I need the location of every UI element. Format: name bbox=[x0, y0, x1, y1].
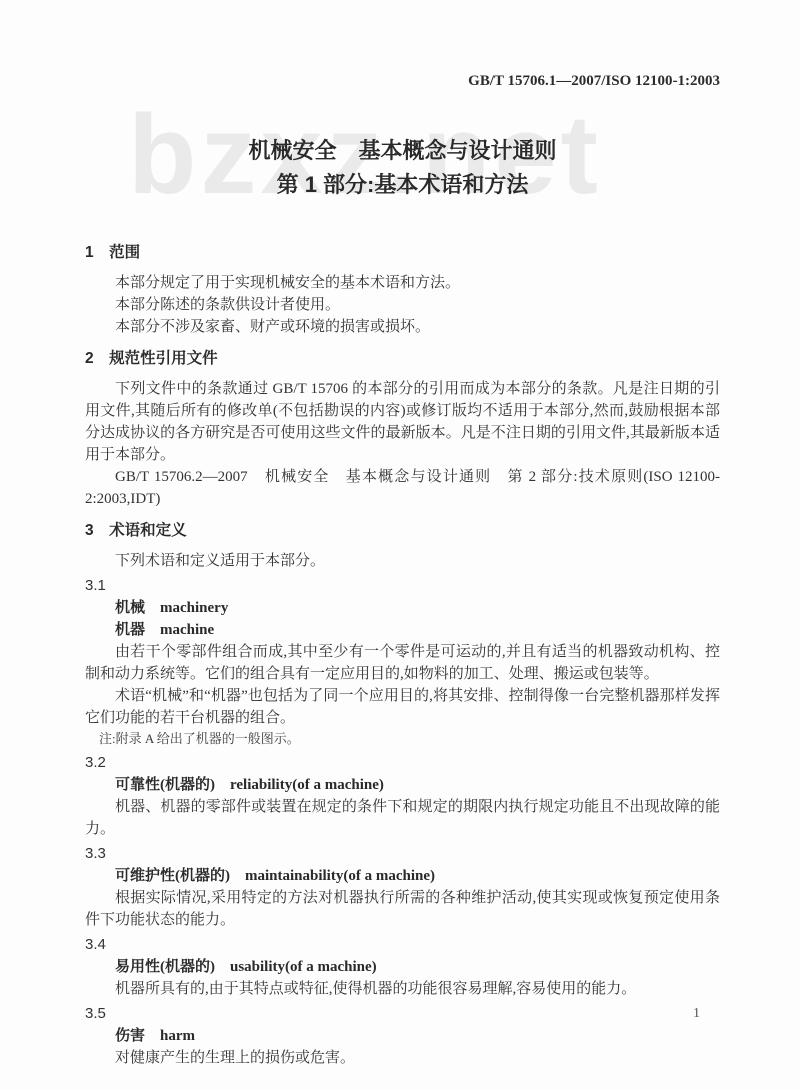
term-name: 伤害 harm bbox=[115, 1025, 720, 1047]
clause-number: 3.2 bbox=[85, 752, 720, 774]
clause-number: 3.4 bbox=[85, 934, 720, 956]
section-3-intro: 下列术语和定义适用于本部分。 bbox=[85, 550, 720, 572]
document-title-line1: 机械安全 基本概念与设计通则 bbox=[85, 134, 720, 168]
section-1-paragraph: 本部分陈述的条款供设计者使用。 bbox=[85, 294, 720, 316]
clause-number: 3.5 bbox=[85, 1003, 720, 1025]
term-name: 机械 machinery bbox=[115, 597, 720, 619]
document-page: bzxz.net GB/T 15706.1—2007/ISO 12100-1:2… bbox=[0, 0, 800, 1090]
page-number: 1 bbox=[693, 1006, 700, 1022]
term-definition: 根据实际情况,采用特定的方法对机器执行所需的各种维护活动,使其实现或恢复预定使用… bbox=[85, 887, 720, 931]
clause-number: 3.1 bbox=[85, 575, 720, 597]
section-1-heading: 1 范围 bbox=[85, 242, 720, 264]
section-2-reference: GB/T 15706.2—2007 机械安全 基本概念与设计通则 第 2 部分:… bbox=[85, 466, 720, 510]
term-name: 机器 machine bbox=[115, 619, 720, 641]
document-title-line2: 第 1 部分:基本术语和方法 bbox=[85, 168, 720, 202]
term-definition: 机器、机器的零部件或装置在规定的条件下和规定的期限内执行规定功能且不出现故障的能… bbox=[85, 796, 720, 840]
section-3-heading: 3 术语和定义 bbox=[85, 520, 720, 542]
clause-number: 3.3 bbox=[85, 843, 720, 865]
section-2-paragraph: 下列文件中的条款通过 GB/T 15706 的本部分的引用而成为本部分的条款。凡… bbox=[85, 378, 720, 466]
section-2-heading: 2 规范性引用文件 bbox=[85, 348, 720, 370]
term-note: 注:附录 A 给出了机器的一般图示。 bbox=[99, 729, 720, 749]
section-1-paragraph: 本部分规定了用于实现机械安全的基本术语和方法。 bbox=[85, 272, 720, 294]
term-definition: 由若干个零部件组合而成,其中至少有一个零件是可运动的,并且有适当的机器致动机构、… bbox=[85, 641, 720, 685]
term-name: 易用性(机器的) usability(of a machine) bbox=[115, 956, 720, 978]
term-name: 可靠性(机器的) reliability(of a machine) bbox=[115, 774, 720, 796]
term-definition: 机器所具有的,由于其特点或特征,使得机器的功能很容易理解,容易使用的能力。 bbox=[85, 978, 720, 1000]
section-1-paragraph: 本部分不涉及家畜、财产或环境的损害或损坏。 bbox=[85, 316, 720, 338]
document-title: 机械安全 基本概念与设计通则 第 1 部分:基本术语和方法 bbox=[85, 134, 720, 202]
page-content: GB/T 15706.1—2007/ISO 12100-1:2003 机械安全 … bbox=[0, 0, 800, 1069]
term-name: 可维护性(机器的) maintainability(of a machine) bbox=[115, 865, 720, 887]
term-definition: 对健康产生的生理上的损伤或危害。 bbox=[85, 1047, 720, 1069]
standard-code: GB/T 15706.1—2007/ISO 12100-1:2003 bbox=[85, 73, 720, 90]
term-definition: 术语“机械”和“机器”也包括为了同一个应用目的,将其安排、控制得像一台完整机器那… bbox=[85, 685, 720, 729]
